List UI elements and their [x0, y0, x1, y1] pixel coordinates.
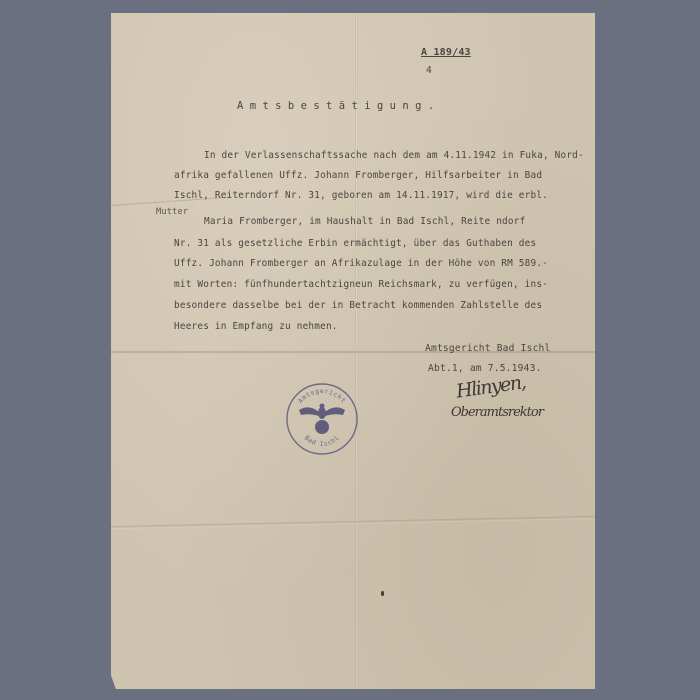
official-stamp: Amtsgericht Bad Ischl — [285, 382, 359, 456]
reference-number: A 189/43 — [421, 47, 471, 58]
page-number: 4 — [426, 65, 432, 76]
svg-text:Bad Ischl: Bad Ischl — [303, 434, 341, 448]
stamp-bottom-text: Bad Ischl — [303, 434, 341, 448]
document-title: Amtsbestätigung. — [237, 100, 441, 112]
body-line-3: Ischl, Reiterndorf Nr. 31, geboren am 14… — [174, 190, 548, 201]
photo-background: A 189/43 4 Amtsbestätigung. In der Verla… — [0, 0, 700, 700]
interlinear-insertion: Mutter — [156, 207, 188, 217]
body-line-9: Heeres in Empfang zu nehmen. — [174, 321, 338, 332]
document-sheet: A 189/43 4 Amtsbestätigung. In der Verla… — [111, 13, 595, 689]
body-line-7: mit Worten: fünfhundertachtzigneun Reich… — [174, 279, 548, 290]
issue-date: Abt.1, am 7.5.1943. — [428, 363, 542, 374]
body-line-6: Uffz. Johann Fromberger an Afrikazulage … — [174, 258, 548, 269]
issuing-court: Amtsgericht Bad Ischl — [425, 343, 551, 354]
body-line-8: besondere dasselbe bei der in Betracht k… — [174, 300, 542, 311]
eagle-emblem-icon — [299, 404, 345, 435]
handwritten-signature: Hlinyen, — [455, 371, 527, 402]
body-line-5: Nr. 31 als gesetzliche Erbin ermächtigt,… — [174, 238, 536, 249]
horizontal-fold-crease-lower — [111, 516, 595, 529]
ink-spot — [381, 591, 384, 596]
body-line-4: Maria Fromberger, im Haushalt in Bad Isc… — [204, 216, 525, 227]
body-line-1: In der Verlassenschaftssache nach dem am… — [204, 150, 584, 161]
body-line-2: afrika gefallenen Uffz. Johann Fromberge… — [174, 170, 542, 181]
signatory-title: Oberamtsrektor — [451, 405, 543, 420]
